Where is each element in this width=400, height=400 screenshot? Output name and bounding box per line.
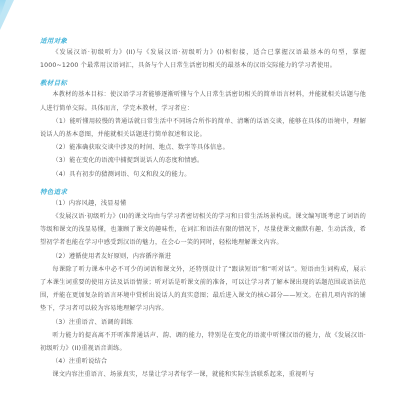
list-item: （2）能准确获取交谈中涉及的时间、地点、数字等具体信息。 xyxy=(40,141,366,154)
section-target-audience: 适用对象 《发展汉语·初级听力》(II)与《发展汉语·初级听力》(I)相衔接，适… xyxy=(40,36,366,72)
section-textbook-goals: 教材目标 本教材的基本目标：使汉语学习者能够逐渐听懂与个人日常生活密切相关的简单… xyxy=(40,78,366,180)
list-item: （4）具有初步的猜测词语、句义和段义的能力。 xyxy=(40,168,366,181)
section-title: 适用对象 xyxy=(40,36,366,46)
section-features: 特色追求 （1）内容风趣，浅显易懂 《发展汉语·初级听力》(II)的课文均由与学… xyxy=(40,187,366,382)
feature-paragraph: 课文内容注重语言、场景真实，尽量让学习者每学一课，就能和实际生活联系起来，重视听… xyxy=(40,368,366,381)
feature-heading: （1）内容风趣，浅显易懂 xyxy=(40,197,366,210)
feature-paragraph: 听力能力的提高离不开听准普通话声、韵、调的能力，特别是在变化的语流中听懂汉语的能… xyxy=(40,329,366,355)
list-item: （3）能在变化的语流中捕捉到说话人的态度和情感。 xyxy=(40,154,366,167)
document-page: 适用对象 《发展汉语·初级听力》(II)与《发展汉语·初级听力》(I)相衔接，适… xyxy=(40,36,366,388)
feature-heading: （3）注重语音、语调的训练 xyxy=(40,316,366,329)
paragraph: 本教材的基本目标：使汉语学习者能够逐渐听懂与个人日常生活密切相关的简单语言材料，… xyxy=(40,88,366,114)
feature-paragraph: 每课除了听力课本中必不可少的词语和课文外，还特别设计了“跟读短语”和“听对话”。… xyxy=(40,263,366,316)
list-item: （1）能听懂用较慢的普通话就日常生活中不同场合所作的简单、清晰的话语交谈，能够在… xyxy=(40,115,366,141)
section-title: 教材目标 xyxy=(40,78,366,88)
feature-paragraph: 《发展汉语·初级听力》(II)的课文均由与学习者密切相关的学习和日常生活场景构成… xyxy=(40,210,366,250)
feature-heading: （4）注重听说结合 xyxy=(40,355,366,368)
feature-heading: （2）遵循使用者友好原则，内容循序渐进 xyxy=(40,250,366,263)
paragraph: 《发展汉语·初级听力》(II)与《发展汉语·初级听力》(I)相衔接，适合已掌握汉… xyxy=(40,46,366,72)
section-title: 特色追求 xyxy=(40,187,366,197)
